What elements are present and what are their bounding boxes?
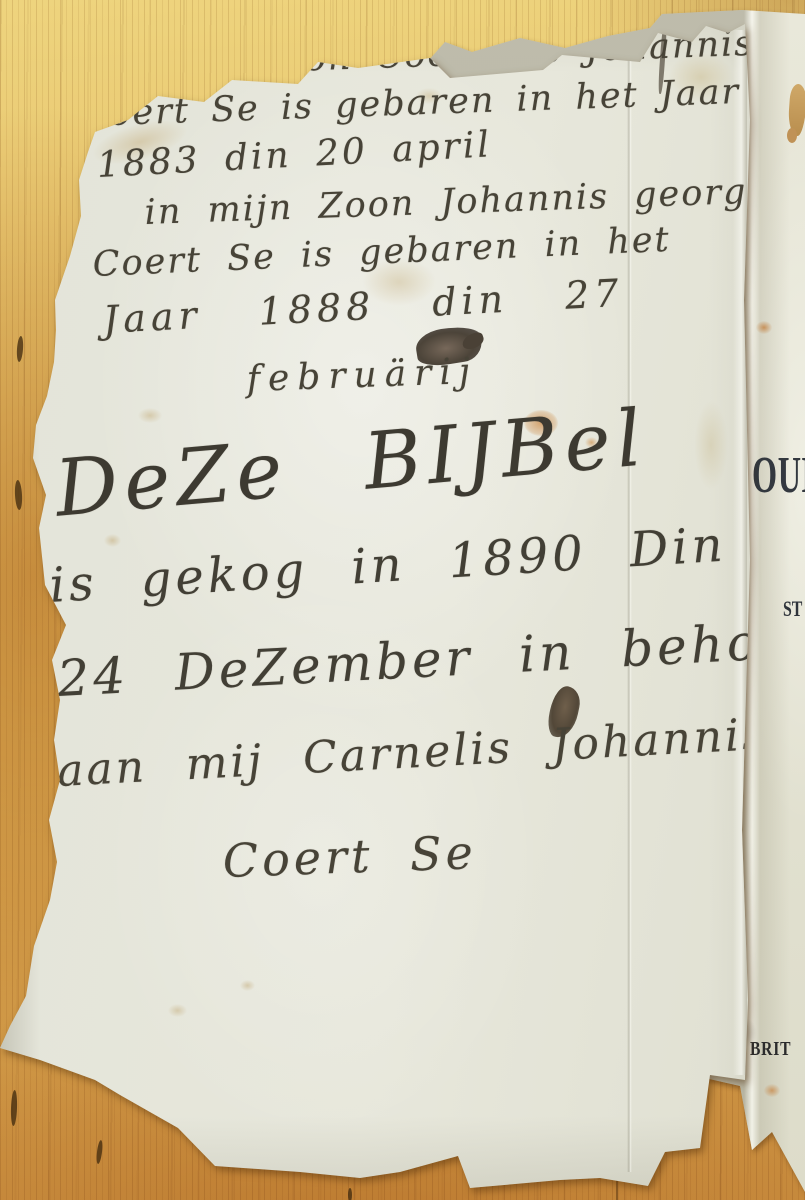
handwritten-line-12-signature: Coert Se: [222, 827, 478, 886]
foxing-stain: [138, 408, 162, 423]
handwritten-line-9: is gekog in 1890 Din: [48, 519, 728, 613]
flyleaf-page-wrap: mijn Zoon Coernelis Johannis Coert Se is…: [0, 0, 805, 1200]
handwritten-line-7: februärij: [246, 352, 479, 400]
foxing-stain: [240, 980, 255, 991]
photo-scene: OUD ST BRIT: [0, 0, 805, 1200]
handwritten-line-10: 24 DeZember in behoor: [56, 612, 805, 707]
handwritten-line-2: Coert Se is gebaren in het Jaar: [80, 73, 741, 135]
handwritten-line-11: aan mij Carnelis Johannis: [56, 711, 769, 797]
foxing-stain: [168, 1004, 187, 1017]
foxing-stain: [694, 400, 728, 490]
handwritten-flyleaf-page: mijn Zoon Coernelis Johannis Coert Se is…: [0, 0, 805, 1200]
foxing-stain: [104, 534, 121, 547]
